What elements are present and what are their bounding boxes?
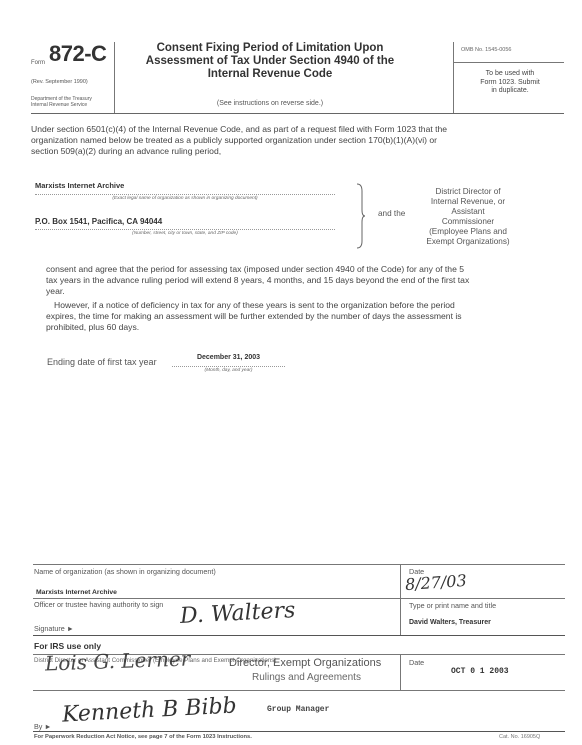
signature-label: Signature ► bbox=[34, 624, 74, 633]
director-stamp-line2: Rulings and Agreements bbox=[252, 672, 361, 683]
and-the-label: and the bbox=[378, 209, 405, 218]
brace-icon bbox=[356, 183, 366, 249]
org-name-caption: (Exact legal name of organization as sho… bbox=[35, 196, 335, 201]
header-divider-right bbox=[453, 42, 454, 113]
cat-number: Cat. No. 16905Q bbox=[499, 734, 540, 740]
consent-paragraph-2: However, if a notice of deficiency in ta… bbox=[46, 300, 576, 332]
director-signature[interactable]: Lois G. Lerner bbox=[45, 646, 191, 675]
omb-number: OMB No. 1545-0056 bbox=[461, 47, 511, 53]
print-name-field[interactable]: David Walters, Treasurer bbox=[409, 619, 491, 626]
instructions-note: (See instructions on reverse side.) bbox=[115, 100, 425, 107]
ending-date-field[interactable]: December 31, 2003 bbox=[172, 354, 285, 361]
consent-paragraph-1: consent and agree that the period for as… bbox=[46, 264, 576, 296]
revision-date: (Rev. September 1990) bbox=[31, 79, 88, 85]
form-word: Form bbox=[31, 60, 45, 66]
director-stamp-line1: Director, Exempt Organizations bbox=[229, 657, 381, 669]
form-number: 872-C bbox=[49, 41, 106, 67]
by-signature[interactable]: Kenneth B Bibb bbox=[61, 693, 237, 727]
title-line2: Assessment of Tax Under Section 4940 of … bbox=[115, 55, 425, 68]
officer-label: Officer or trustee having authority to s… bbox=[34, 600, 163, 609]
signer-date-field[interactable]: 8/27/03 bbox=[404, 571, 467, 594]
by-title: Group Manager bbox=[267, 705, 329, 714]
org-address-field[interactable]: P.O. Box 1541, Pacifica, CA 94044 bbox=[35, 217, 162, 226]
irs-date-stamp: OCT 0 1 2003 bbox=[451, 667, 509, 676]
title-line1: Consent Fixing Period of Limitation Upon bbox=[115, 42, 425, 55]
org-address-caption: (Number, street, city or town, state, an… bbox=[35, 231, 335, 236]
officer-signature[interactable]: D. Walters bbox=[179, 598, 296, 629]
department-line2: Internal Revenue Service bbox=[31, 102, 87, 108]
ending-date-label: Ending date of first tax year bbox=[47, 357, 157, 367]
form-title: Consent Fixing Period of Limitation Upon… bbox=[115, 42, 425, 81]
header-bottom-rule bbox=[31, 113, 564, 114]
counterparty-block: District Director of Internal Revenue, o… bbox=[418, 187, 518, 247]
ending-date-caption: (Month, day, and year) bbox=[172, 368, 285, 373]
intro-paragraph: Under section 6501(c)(4) of the Internal… bbox=[31, 124, 571, 158]
sig-org-name-field[interactable]: Marxists Internet Archive bbox=[36, 589, 117, 596]
usage-note: To be used with Form 1023. Submit in dup… bbox=[456, 70, 564, 96]
org-name-field[interactable]: Marxists Internet Archive bbox=[35, 181, 124, 190]
by-label: By ► bbox=[34, 722, 52, 731]
print-name-label: Type or print name and title bbox=[409, 601, 496, 610]
paperwork-notice: For Paperwork Reduction Act Notice, see … bbox=[34, 734, 252, 740]
irs-date-label: Date bbox=[409, 658, 424, 667]
title-line3: Internal Revenue Code bbox=[115, 68, 425, 81]
org-name-label: Name of organization (as shown in organi… bbox=[34, 567, 216, 576]
